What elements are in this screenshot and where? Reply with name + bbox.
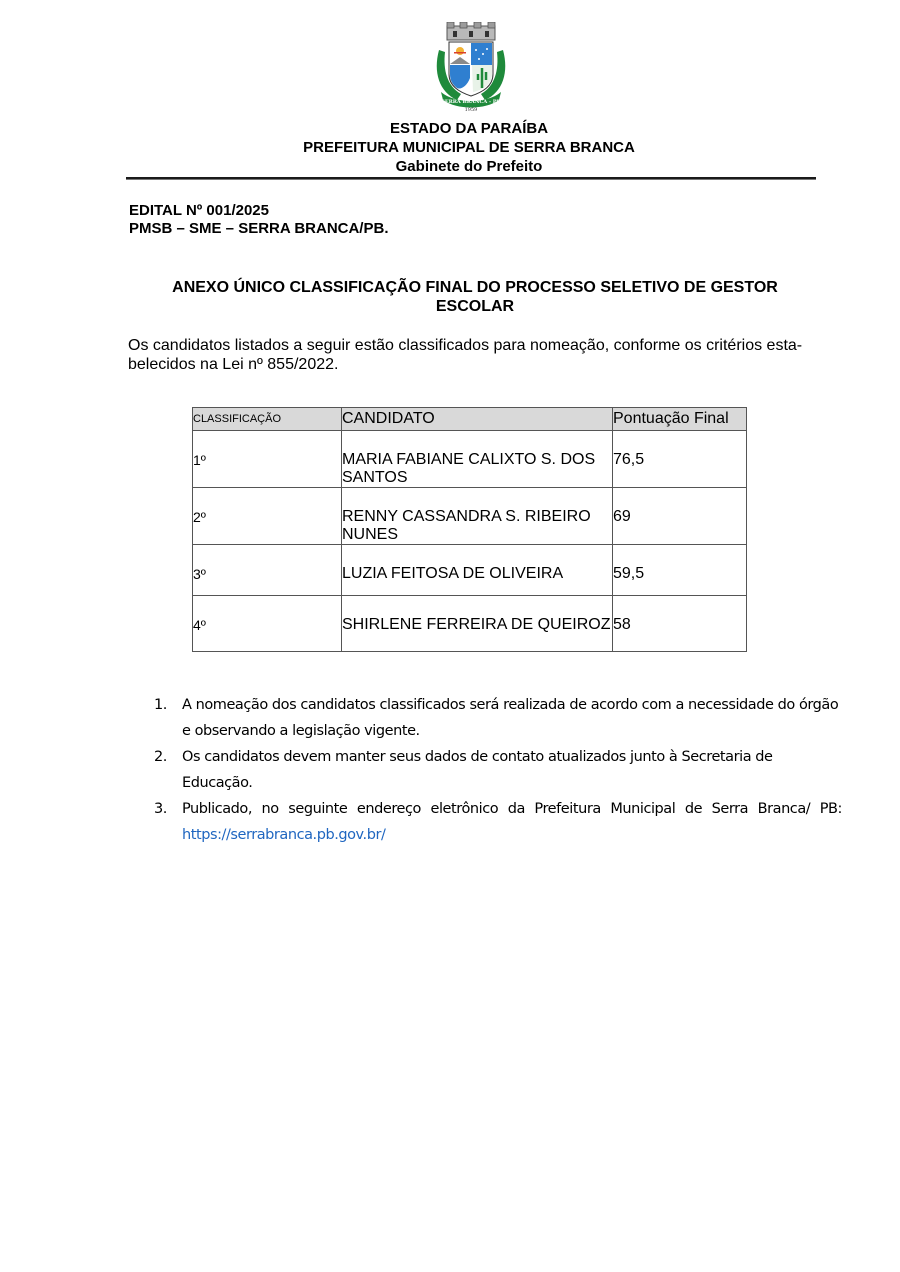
score-cell: 76,5 <box>613 431 747 488</box>
note-item: 1.A nomeação dos candidatos classificado… <box>182 692 842 744</box>
rank-cell: 2º <box>193 488 342 545</box>
municipal-crest-icon: SERRA BRANCA - PB 1959 <box>433 22 509 112</box>
classification-table: CLASSIFICAÇÃO CANDIDATO Pontuação Final … <box>192 407 747 652</box>
column-header-candidate: CANDIDATO <box>342 408 613 431</box>
score-cell: 59,5 <box>613 545 747 596</box>
note-number: 3. <box>154 796 167 822</box>
note-number: 2. <box>154 744 167 770</box>
candidate-cell: MARIA FABIANE CALIXTO S. DOS SANTOS <box>342 431 613 488</box>
note-text: A nomeação dos candidatos classificados … <box>182 697 838 739</box>
table-row: 2ºRENNY CASSANDRA S. RIBEIRO NUNES69 <box>193 488 747 545</box>
table-row: 4ºSHIRLENE FERREIRA DE QUEIROZ58 <box>193 596 747 652</box>
table-row: 1ºMARIA FABIANE CALIXTO S. DOS SANTOS76,… <box>193 431 747 488</box>
svg-text:1959: 1959 <box>465 107 478 112</box>
office-name: Gabinete do Prefeito <box>38 157 900 176</box>
document-page: SERRA BRANCA - PB 1959 ESTADO DA PARAÍBA… <box>0 0 900 1272</box>
edital-org: PMSB – SME – SERRA BRANCA/PB. <box>129 220 388 238</box>
state-name: ESTADO DA PARAÍBA <box>38 119 900 138</box>
municipality-name: PREFEITURA MUNICIPAL DE SERRA BRANCA <box>38 138 900 157</box>
rank-cell: 1º <box>193 431 342 488</box>
edital-info: EDITAL Nº 001/2025 PMSB – SME – SERRA BR… <box>129 202 388 238</box>
table-header-row: CLASSIFICAÇÃO CANDIDATO Pontuação Final <box>193 408 747 431</box>
score-cell: 58 <box>613 596 747 652</box>
column-header-rank: CLASSIFICAÇÃO <box>193 408 342 431</box>
note-text: Publicado, no seguinte endereço eletrôni… <box>182 801 842 817</box>
rank-cell: 3º <box>193 545 342 596</box>
svg-text:SERRA BRANCA - PB: SERRA BRANCA - PB <box>441 99 501 105</box>
website-link[interactable]: https://serrabranca.pb.gov.br/ <box>182 827 385 843</box>
note-text: Os candidatos devem manter seus dados de… <box>182 749 773 791</box>
intro-paragraph: Os candidatos listados a seguir estão cl… <box>128 336 808 374</box>
header-divider <box>126 177 816 180</box>
note-item: 2.Os candidatos devem manter seus dados … <box>182 744 842 796</box>
candidate-cell: LUZIA FEITOSA DE OLIVEIRA <box>342 545 613 596</box>
table-row: 3ºLUZIA FEITOSA DE OLIVEIRA59,5 <box>193 545 747 596</box>
note-number: 1. <box>154 692 167 718</box>
note-item: 3.Publicado, no seguinte endereço eletrô… <box>182 796 842 848</box>
notes-list: 1.A nomeação dos candidatos classificado… <box>152 692 842 848</box>
candidate-cell: SHIRLENE FERREIRA DE QUEIROZ <box>342 596 613 652</box>
column-header-score: Pontuação Final <box>613 408 747 431</box>
candidate-cell: RENNY CASSANDRA S. RIBEIRO NUNES <box>342 488 613 545</box>
score-cell: 69 <box>613 488 747 545</box>
annex-title: ANEXO ÚNICO CLASSIFICAÇÃO FINAL DO PROCE… <box>140 278 810 316</box>
document-header: ESTADO DA PARAÍBA PREFEITURA MUNICIPAL D… <box>0 119 900 176</box>
rank-cell: 4º <box>193 596 342 652</box>
edital-number: EDITAL Nº 001/2025 <box>129 202 388 220</box>
